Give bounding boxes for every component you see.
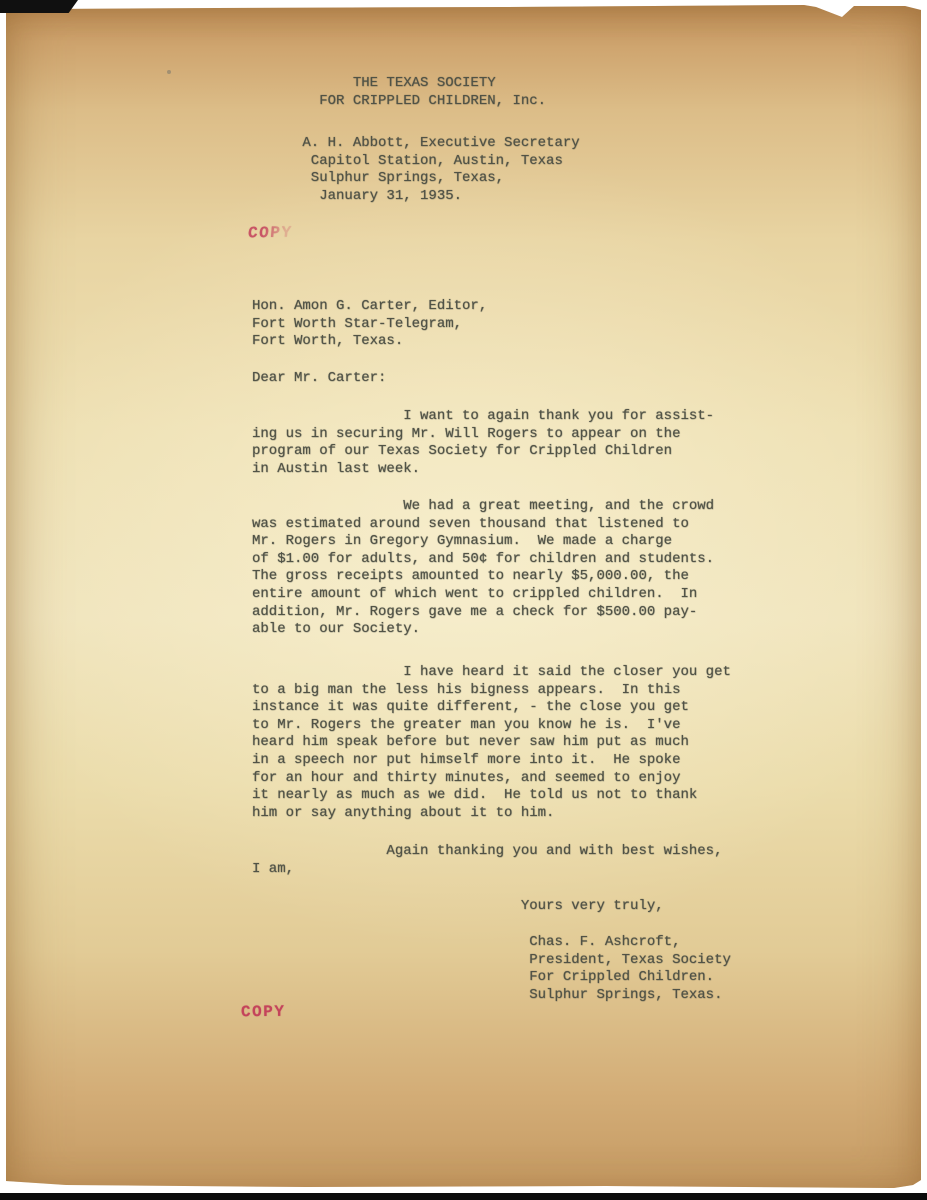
signature-block: Chas. F. Ashcroft, President, Texas Soci…: [252, 934, 731, 1004]
body-paragraph-3: I have heard it said the closer you get …: [252, 664, 731, 822]
copy-stamp-top: COPY: [247, 225, 293, 242]
letterhead-org: THE TEXAS SOCIETY FOR CRIPPLED CHILDREN,…: [252, 75, 546, 110]
scan-corner-artifact: [0, 0, 78, 13]
salutation: Dear Mr. Carter:: [252, 370, 386, 388]
copy-stamp-bottom: COPY: [241, 1004, 286, 1020]
body-paragraph-1: I want to again thank you for assist- in…: [252, 408, 714, 478]
scan-bottom-bar: [0, 1193, 927, 1200]
paper-speck: [167, 70, 171, 74]
recipient-address: Hon. Amon G. Carter, Editor, Fort Worth …: [252, 298, 487, 351]
letterhead-contact: A. H. Abbott, Executive Secretary Capito…: [252, 135, 580, 205]
closing-line: Again thanking you and with best wishes,…: [252, 843, 722, 878]
body-paragraph-2: We had a great meeting, and the crowd wa…: [252, 498, 714, 639]
scanned-letter-page: THE TEXAS SOCIETY FOR CRIPPLED CHILDREN,…: [0, 0, 927, 1200]
valediction: Yours very truly,: [252, 898, 664, 916]
